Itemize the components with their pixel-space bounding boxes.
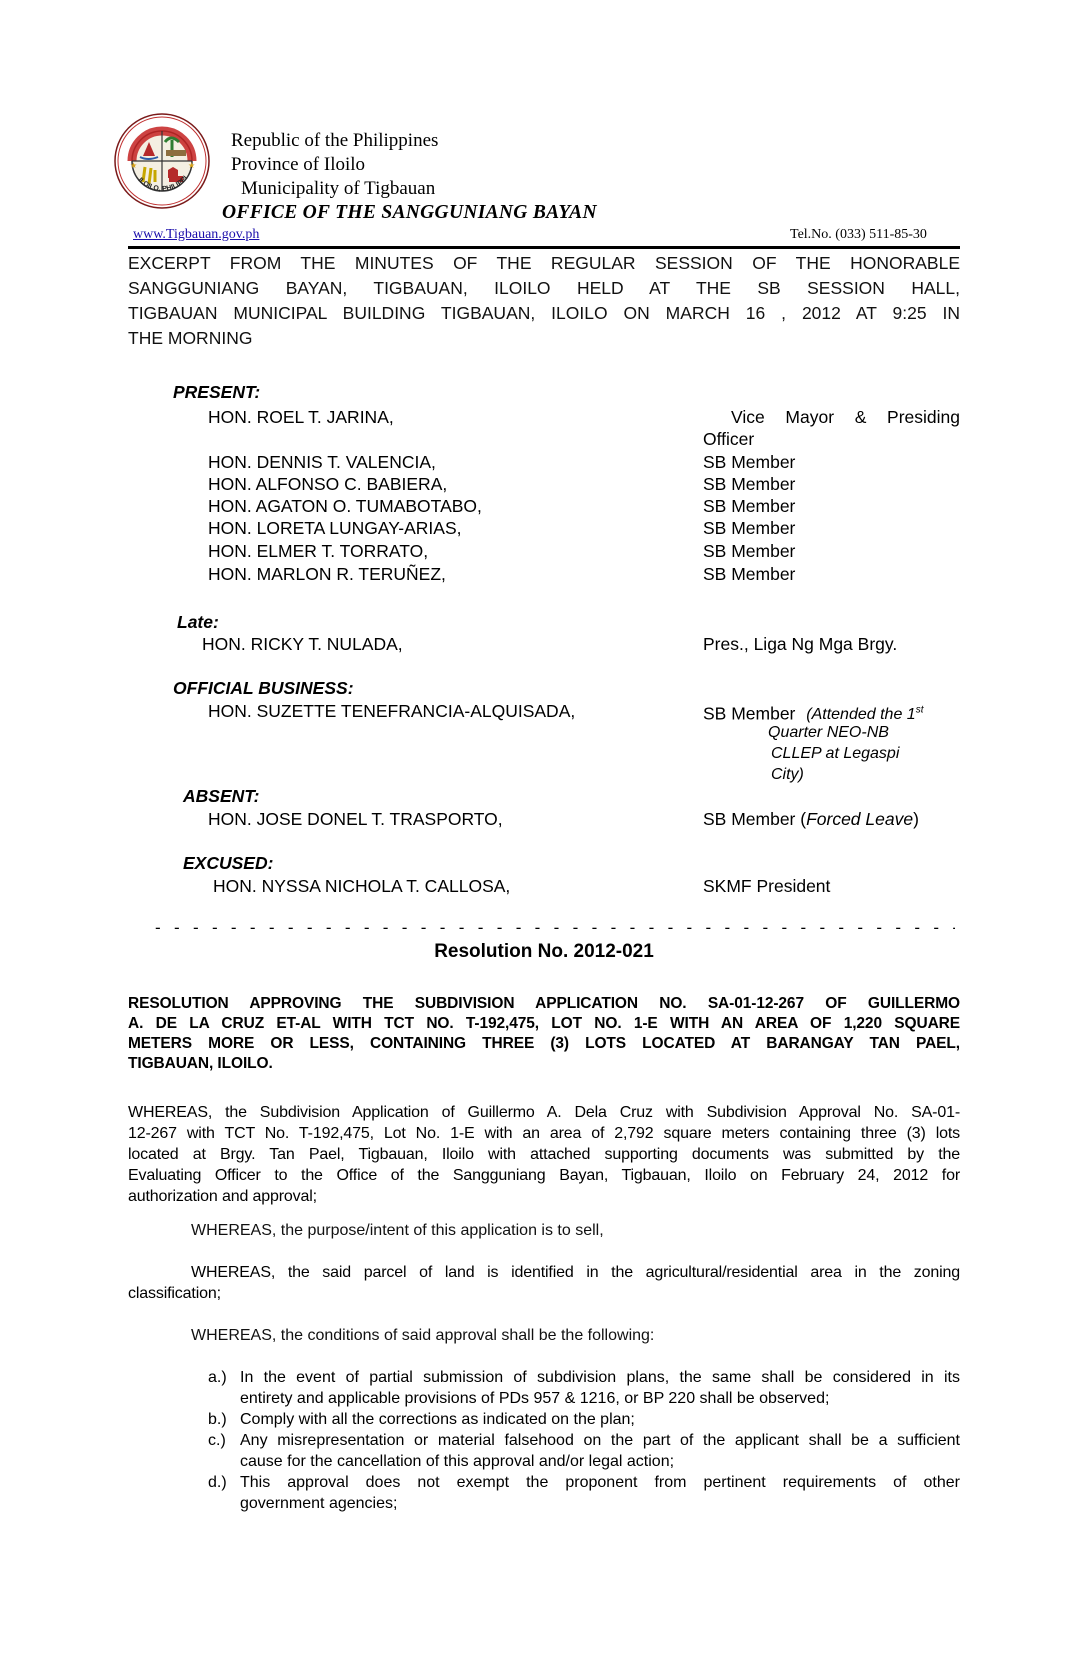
excused-heading: EXCUSED: [183, 852, 273, 874]
excerpt-line: SANGGUNIANG BAYAN, TIGBAUAN, ILOILO HELD… [128, 276, 960, 301]
letterhead-municipality: Municipality of Tigbauan [241, 178, 435, 200]
whereas-clause-1: WHEREAS, the Subdivision Application of … [128, 1102, 960, 1207]
attendee-note-cont: City) [771, 764, 804, 785]
letterhead-office: OFFICE OF THE SANGGUNIANG BAYAN [222, 202, 597, 224]
attendee-name: HON. AGATON O. TUMABOTABO, [208, 495, 482, 517]
website-link[interactable]: www.Tigbauan.gov.ph [133, 227, 259, 243]
attendee-role: SB Member [703, 540, 795, 562]
condition-line: entirety and applicable provisions of PD… [240, 1388, 960, 1409]
attendee-note-cont: Quarter NEO-NB [768, 722, 889, 743]
note-text: (Attended the 1 [806, 706, 915, 723]
attendee-name: HON. JOSE DONEL T. TRASPORTO, [208, 808, 503, 830]
attendee-name: HON. NYSSA NICHOLA T. CALLOSA, [213, 875, 510, 897]
whereas-clause-2: WHEREAS, the purpose/intent of this appl… [191, 1220, 604, 1241]
condition-line: cause for the cancellation of this appro… [240, 1451, 960, 1472]
condition-label: c.) [208, 1430, 226, 1451]
attendee-name: HON. ALFONSO C. BABIERA, [208, 473, 447, 495]
whereas-line: located at Brgy. Tan Pael, Tigbauan, Ilo… [128, 1144, 960, 1165]
attendee-name: HON. SUZETTE TENEFRANCIA-ALQUISADA, [208, 700, 575, 722]
present-heading: PRESENT: [173, 381, 260, 403]
absent-heading: ABSENT: [183, 785, 259, 807]
municipal-seal-icon: ★ ★ ILOILO, PHILIPPINES [113, 112, 211, 210]
attendee-role: SB Member [703, 473, 795, 495]
whereas-line: WHEREAS, the Subdivision Application of … [128, 1102, 960, 1123]
condition-line: government agencies; [240, 1493, 960, 1514]
attendee-role: Pres., Liga Ng Mga Brgy. [703, 633, 897, 655]
condition-label: a.) [208, 1367, 227, 1388]
attendee-name: HON. LORETA LUNGAY-ARIAS, [208, 517, 462, 539]
whereas-clause-3: WHEREAS, the said parcel of land is iden… [128, 1262, 960, 1304]
whereas-line: classification; [128, 1283, 960, 1304]
attendee-role: SB Member [703, 563, 795, 585]
whereas-line: WHEREAS, the said parcel of land is iden… [128, 1262, 960, 1283]
letterhead-republic: Republic of the Philippines [231, 130, 438, 152]
condition-item: c.) Any misrepresentation or material fa… [208, 1430, 960, 1472]
attendee-name: HON. MARLON R. TERUÑEZ, [208, 563, 446, 585]
official-business-heading: OFFICIAL BUSINESS: [173, 677, 354, 699]
attendee-role: SKMF President [703, 875, 830, 897]
whereas-line: 12-267 with TCT No. T-192,475, Lot No. 1… [128, 1123, 960, 1144]
attendee-name: HON. ELMER T. TORRATO, [208, 540, 428, 562]
excerpt-line: THE MORNING [128, 326, 960, 351]
letterhead-divider [128, 246, 960, 249]
attendee-role: Vice Mayor & Presiding [731, 406, 960, 428]
attendee-role: SB Member [703, 517, 795, 539]
telephone-number: Tel.No. (033) 511-85-30 [790, 227, 927, 243]
svg-text:★: ★ [130, 161, 137, 170]
attendee-note-cont: CLLEP at Legaspi [771, 743, 899, 764]
resolution-title-line: RESOLUTION APPROVING THE SUBDIVISION APP… [128, 994, 960, 1014]
excerpt-paragraph: EXCERPT FROM THE MINUTES OF THE REGULAR … [128, 251, 960, 351]
whereas-line: authorization and approval; [128, 1186, 960, 1207]
resolution-title-line: METERS MORE OR LESS, CONTAINING THREE (3… [128, 1034, 960, 1054]
condition-item: b.) Comply with all the corrections as i… [208, 1409, 960, 1430]
attendee-role: SB Member (Forced Leave) [703, 808, 919, 830]
condition-label: d.) [208, 1472, 227, 1493]
attendee-role-end: ) [913, 809, 919, 829]
condition-line: In the event of partial submission of su… [240, 1367, 960, 1388]
attendee-note: (Attended the 1st [806, 706, 923, 723]
condition-item: a.) In the event of partial submission o… [208, 1367, 960, 1409]
resolution-number: Resolution No. 2012-021 [0, 940, 1088, 964]
attendee-name: HON. RICKY T. NULADA, [202, 633, 403, 655]
excerpt-line: TIGBAUAN MUNICIPAL BUILDING TIGBAUAN, IL… [128, 301, 960, 326]
condition-label: b.) [208, 1409, 227, 1430]
condition-line: Comply with all the corrections as indic… [240, 1409, 960, 1430]
attendee-role: SB Member [703, 495, 795, 517]
attendee-note: Forced Leave [806, 809, 913, 829]
dashed-separator: - - - - - - - - - - - - - - - - - - - - … [155, 918, 955, 938]
resolution-title-line: TIGBAUAN, ILOILO. [128, 1054, 960, 1074]
conditions-list: a.) In the event of partial submission o… [208, 1367, 960, 1514]
late-heading: Late: [177, 611, 219, 633]
whereas-clause-4: WHEREAS, the conditions of said approval… [191, 1325, 654, 1346]
condition-line: This approval does not exempt the propon… [240, 1472, 960, 1493]
attendee-role: SB Member [703, 451, 795, 473]
resolution-title-line: A. DE LA CRUZ ET-AL WITH TCT NO. T-192,4… [128, 1014, 960, 1034]
document-page: ★ ★ ILOILO, PHILIPPINES Republic of the … [0, 0, 1088, 1664]
attendee-role-text: SB Member [703, 703, 795, 723]
whereas-line: Evaluating Officer to the Office of the … [128, 1165, 960, 1186]
attendee-name: HON. ROEL T. JARINA, [208, 406, 394, 428]
condition-line: Any misrepresentation or material falseh… [240, 1430, 960, 1451]
attendee-name: HON. DENNIS T. VALENCIA, [208, 451, 436, 473]
attendee-role-cont: Officer [703, 428, 754, 450]
note-superscript: st [916, 705, 924, 716]
condition-item: d.) This approval does not exempt the pr… [208, 1472, 960, 1514]
resolution-title: RESOLUTION APPROVING THE SUBDIVISION APP… [128, 994, 960, 1074]
excerpt-line: EXCERPT FROM THE MINUTES OF THE REGULAR … [128, 251, 960, 276]
svg-text:★: ★ [188, 161, 195, 170]
letterhead-province: Province of Iloilo [231, 154, 365, 176]
attendee-role-text: SB Member ( [703, 809, 806, 829]
